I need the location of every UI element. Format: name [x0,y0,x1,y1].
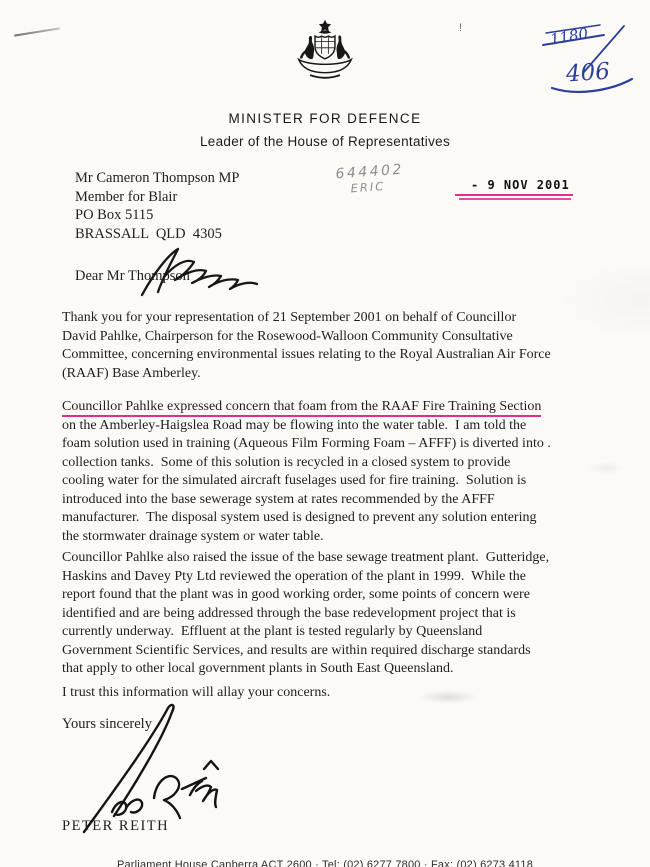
text-line: that apply to other local government pla… [62,660,622,679]
text-line: Member for Blair [75,188,239,207]
paragraph-2: Councillor Pahlke expressed concern that… [62,398,622,546]
text-line: PO Box 5115 [75,206,239,225]
date-received-stamp: - 9 NOV 2001 [455,178,579,200]
text-line: David Pahlke, Chairperson for the Rosewo… [62,328,622,347]
stamp-underline-2 [459,198,571,200]
paragraph-1: Thank you for your representation of 21 … [62,309,622,383]
recipient-address-block: Mr Cameron Thompson MPMember for BlairPO… [75,169,239,243]
signatory-name: PETER REITH [62,818,169,835]
staple-scan-mark [14,27,60,36]
pencil-name-note: ERIC [350,178,405,196]
australian-coat-of-arms-icon [289,19,361,83]
text-line: identified and are being addressed throu… [62,605,622,624]
text-line: report found that the plant was in good … [62,586,622,605]
letterhead-title: MINISTER FOR DEFENCE [0,111,650,126]
paragraph-3: Councillor Pahlke also raised the issue … [62,549,622,679]
pencil-annotation: 644402 ERIC [335,162,405,197]
date-stamp-text: - 9 NOV 2001 [455,178,579,192]
letterhead-subtitle: Leader of the House of Representatives [0,134,650,149]
text-line: BRASSALL QLD 4305 [75,225,239,244]
text-line: introduced into the base sewerage system… [62,491,622,510]
handwritten-registry-numbers: 1180 406 [538,18,650,98]
text-line: Haskins and Davey Pty Ltd reviewed the o… [62,568,622,587]
pink-underlined-sentence: Councillor Pahlke expressed concern that… [62,399,541,417]
ink-mark: ! [459,22,462,34]
text-line: collection tanks. Some of this solution … [62,454,622,473]
text-line: Mr Cameron Thompson MP [75,169,239,188]
text-line: on the Amberley-Haigslea Road may be flo… [62,417,622,436]
letterhead-footer: Parliament House Canberra ACT 2600 · Tel… [0,859,650,867]
text-line: cooling water for the simulated aircraft… [62,472,622,491]
paragraph-2-continuation: on the Amberley-Haigslea Road may be flo… [62,417,622,547]
text-line: the stormwater drainage system or water … [62,528,622,547]
text-line: manufacturer. The disposal system used i… [62,509,622,528]
text-line: foam solution used in training (Aqueous … [62,435,622,454]
scanned-letter-page: ! 1180 406 MINISTER FOR DEFENCE Leader o… [0,0,650,867]
text-line: Committee, concerning environmental issu… [62,346,622,365]
handwritten-number: 406 [564,59,611,88]
stamp-underline-1 [455,194,573,196]
text-line: Thank you for your representation of 21 … [62,309,622,328]
text-line: Government Scientific Services, and resu… [62,642,622,661]
text-line: currently underway. Effluent at the plan… [62,623,622,642]
handwritten-cameron-scribble [126,243,276,298]
text-line: Councillor Pahlke expressed concern that… [62,398,622,417]
text-line: Councillor Pahlke also raised the issue … [62,549,622,568]
text-line: (RAAF) Base Amberley. [62,365,622,384]
